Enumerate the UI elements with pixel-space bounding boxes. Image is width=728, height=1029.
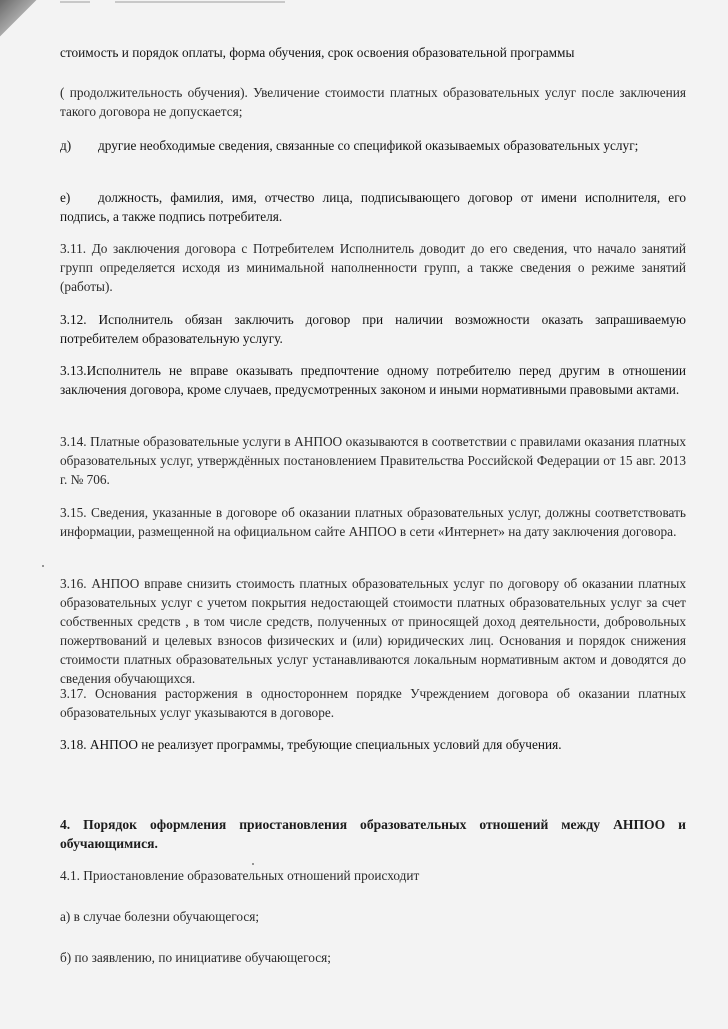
- list-marker: д): [60, 136, 98, 155]
- list-item-text: другие необходимые сведения, связанные с…: [98, 138, 638, 153]
- clause-3-17: 3.17. Основания расторжения в односторон…: [60, 684, 686, 722]
- clause-3-18: 3.18. АНПОО не реализует программы, треб…: [60, 735, 686, 754]
- paragraph-intro: стоимость и порядок оплаты, форма обучен…: [60, 43, 686, 62]
- clause-3-15: 3.15. Сведения, указанные в договоре об …: [60, 503, 686, 541]
- scan-edge-line: [115, 1, 285, 3]
- list-item-a: а) в случае болезни обучающегося;: [60, 907, 686, 926]
- list-item-text: должность, фамилия, имя, отчество лица, …: [60, 190, 686, 224]
- list-marker: е): [60, 188, 98, 207]
- paragraph-duration: ( продолжительность обучения). Увеличени…: [60, 83, 686, 121]
- section-4-heading: 4. Порядок оформления приостановления об…: [60, 815, 686, 853]
- scan-shadow-corner: [0, 0, 40, 40]
- clause-3-13: 3.13.Исполнитель не вправе оказывать пре…: [60, 361, 686, 399]
- clause-4-1: 4.1. Приостановление образовательных отн…: [60, 866, 686, 885]
- list-item-d: д)другие необходимые сведения, связанные…: [60, 136, 686, 155]
- clause-3-16: 3.16. АНПОО вправе снизить стоимость пла…: [60, 574, 686, 688]
- scan-speck: [42, 565, 44, 567]
- list-item-b: б) по заявлению, по инициативе обучающег…: [60, 948, 686, 967]
- list-item-e: е)должность, фамилия, имя, отчество лица…: [60, 188, 686, 226]
- clause-3-14: 3.14. Платные образовательные услуги в А…: [60, 432, 686, 489]
- clause-3-12: 3.12. Исполнитель обязан заключить догов…: [60, 310, 686, 348]
- scan-edge-line: [60, 1, 90, 3]
- clause-3-11: 3.11. До заключения договора с Потребите…: [60, 239, 686, 296]
- scan-speck: [252, 863, 254, 865]
